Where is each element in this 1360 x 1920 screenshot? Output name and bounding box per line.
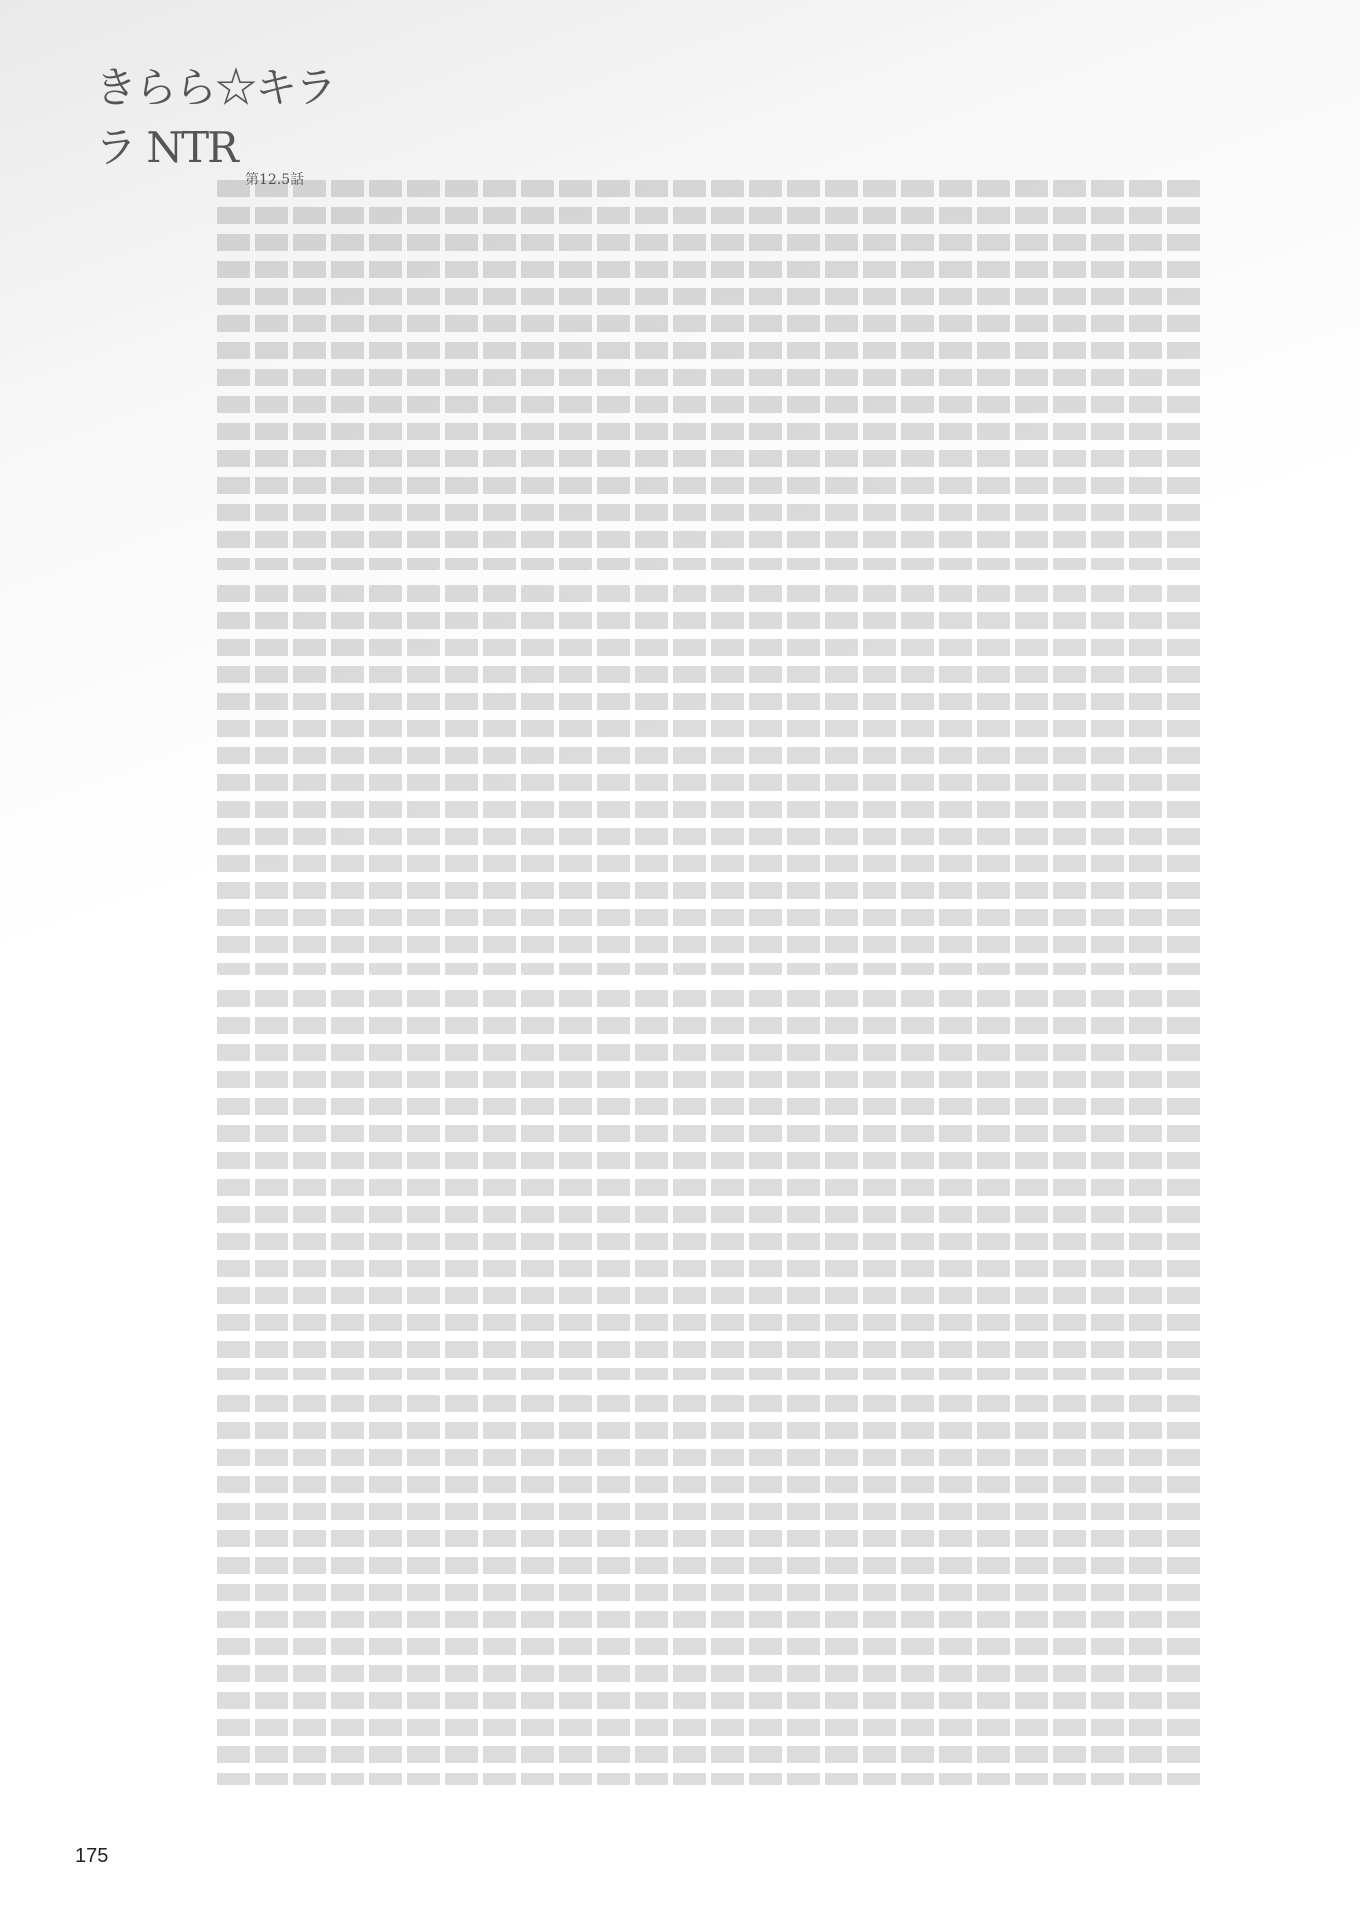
text-tier-4 <box>170 1395 1200 1785</box>
page-number: 175 <box>75 1845 108 1868</box>
series-title: きらら☆キララ NTR <box>95 55 335 175</box>
text-tier-2 <box>170 585 1200 975</box>
series-logo: きらら☆キララ NTR 第12.5話 <box>95 55 335 150</box>
text-tier-3 <box>170 990 1200 1380</box>
text-tier-1 <box>170 180 1200 570</box>
